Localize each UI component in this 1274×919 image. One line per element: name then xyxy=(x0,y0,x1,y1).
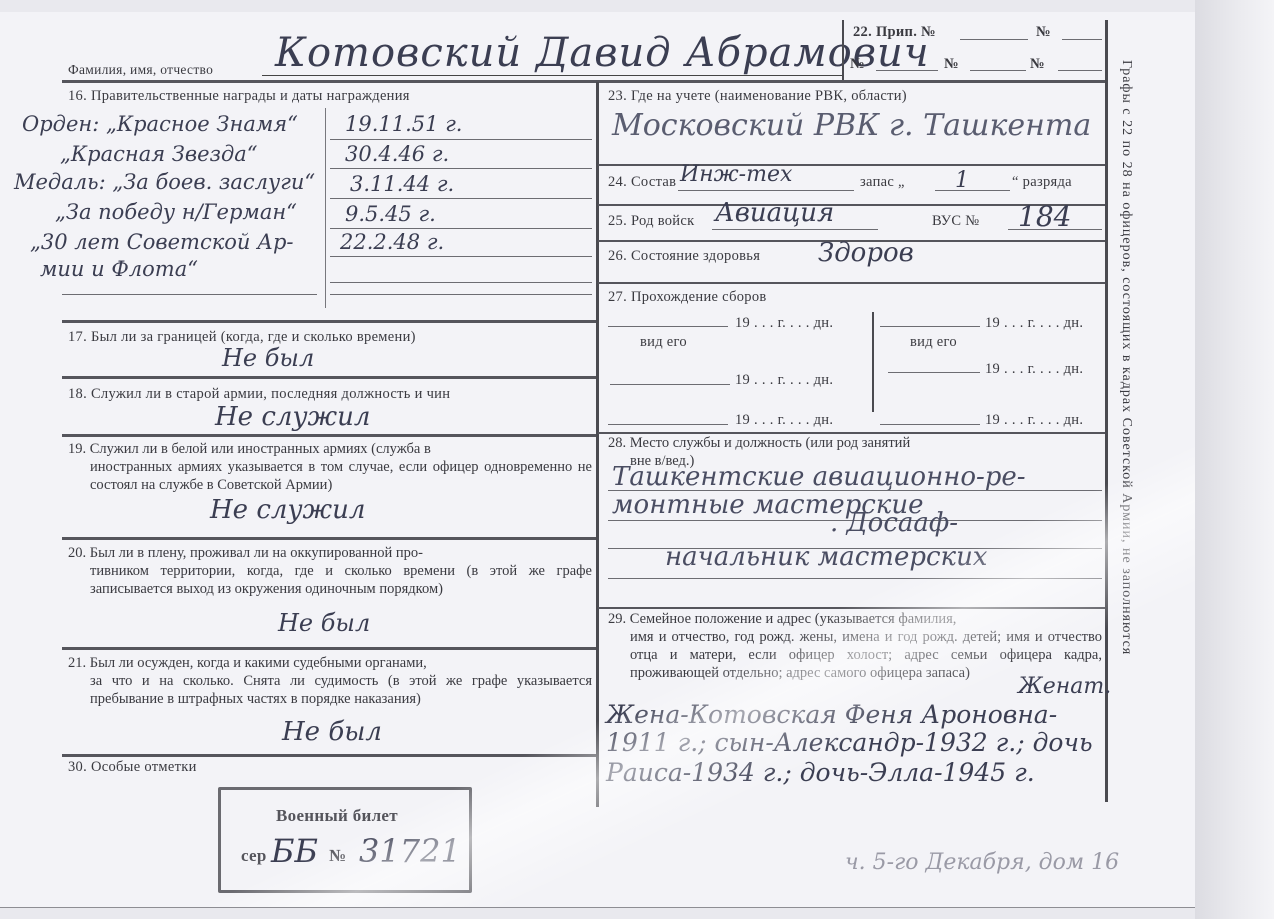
award-line xyxy=(330,198,592,199)
field20-answer: Не был xyxy=(278,609,370,637)
field20-label: 20. Был ли в плену, проживал ли на оккуп… xyxy=(68,544,592,598)
field18-label: 18. Служил ли в старой армии, последняя … xyxy=(68,386,450,403)
field28-line: . Досааф- xyxy=(830,508,958,538)
field19-label: 19. Служил ли в белой или иностранных ар… xyxy=(68,440,592,494)
field20-label-line1: 20. Был ли в плену, проживал ли на оккуп… xyxy=(68,544,592,562)
award-name: Медаль: „За боев. заслуги“ xyxy=(14,170,315,194)
field27-date: 19 . . . г. . . . дн. xyxy=(985,361,1083,378)
section-rule xyxy=(62,434,596,437)
field18-answer: Не служил xyxy=(215,402,370,432)
stamp-no-label: № xyxy=(329,846,346,866)
field27-date: 19 . . . г. . . . дн. xyxy=(735,372,833,389)
award-line xyxy=(330,282,592,283)
field26-label: 26. Состояние здоровья xyxy=(608,248,760,265)
field25-vus-label: ВУС № xyxy=(932,213,979,230)
header-divider xyxy=(842,20,844,80)
field23-answer: Московский РВК г. Ташкента xyxy=(612,108,1091,143)
field22-blank xyxy=(960,39,1028,40)
field22-no: № xyxy=(850,56,865,73)
field19-label-rest: иностранных армиях указывается в том слу… xyxy=(68,458,592,494)
field25-value: Авиация xyxy=(715,198,834,228)
field20-label-rest: тивником территории, когда, где и скольк… xyxy=(68,562,592,598)
name-label: Фамилия, имя, отчество xyxy=(68,62,213,78)
award-line xyxy=(330,256,592,257)
name-value: Котовский Давид Абрамович xyxy=(275,30,930,76)
field22-no: № xyxy=(1030,56,1045,73)
field23-label: 23. Где на учете (наименование РВК, обла… xyxy=(608,88,907,105)
name-underline xyxy=(262,75,842,76)
military-card-sheet: Фамилия, имя, отчество Котовский Давид А… xyxy=(0,12,1195,908)
section-rule xyxy=(598,164,1105,166)
award-name: Орден: „Красное Знамя“ xyxy=(22,112,298,136)
field17-answer: Не был xyxy=(222,344,314,372)
section-rule xyxy=(62,754,596,757)
field27-blank xyxy=(888,372,980,373)
field27-date: 19 . . . г. . . . дн. xyxy=(985,412,1083,429)
bottom-note: ч. 5-го Декабря, дом 16 xyxy=(845,850,1119,875)
award-name: „За победу н/Герман“ xyxy=(55,200,297,224)
field19-answer: Не служил xyxy=(210,495,365,525)
award-date: 22.2.48 г. xyxy=(340,230,444,254)
stamp-series-label: сер xyxy=(241,846,267,866)
field22-blank xyxy=(1058,70,1102,71)
field27-blank xyxy=(880,424,980,425)
military-id-stamp: Военный билет сер ББ № 31721 xyxy=(218,787,472,893)
field24-reserve-underline xyxy=(935,190,1010,191)
field28-rule xyxy=(608,578,1102,579)
field29-line: 1911 г.; сын-Александр-1932 г.; дочь xyxy=(606,728,1093,757)
section-rule xyxy=(598,607,1105,609)
column-divider xyxy=(596,82,599,807)
field29-line: Жена-Котовская Феня Ароновна- xyxy=(606,700,1057,729)
award-name: мии и Флота“ xyxy=(40,257,198,281)
field29-label-line1: 29. Семейное положение и адрес (указывае… xyxy=(608,610,1102,628)
field21-label-line1: 21. Был ли осужден, когда и какими судеб… xyxy=(68,654,592,672)
field22-no: № xyxy=(1036,24,1051,41)
stamp-no-value: 31721 xyxy=(359,832,461,870)
field19-label-line1: 19. Служил ли в белой или иностранных ар… xyxy=(68,440,592,458)
field22-no: № xyxy=(944,56,959,73)
field22-blank xyxy=(1062,39,1102,40)
field21-label-rest: за что и на сколько. Снята ли судимость … xyxy=(68,672,592,708)
field24-reserve-label: запас „ xyxy=(860,174,905,191)
field28-label-line1: 28. Место службы и должность (или род за… xyxy=(608,434,1102,452)
field27-blank xyxy=(610,384,730,385)
field27-kind-label: вид его xyxy=(640,334,687,351)
field27-blank xyxy=(608,424,728,425)
section-rule xyxy=(598,282,1105,284)
field27-blank xyxy=(880,326,980,327)
award-date: 3.11.44 г. xyxy=(350,172,454,196)
scan-margin xyxy=(1195,0,1274,919)
field27-date: 19 . . . г. . . . дн. xyxy=(735,412,833,429)
field27-date: 19 . . . г. . . . дн. xyxy=(985,315,1083,332)
section-rule xyxy=(62,320,596,323)
stamp-series-value: ББ xyxy=(271,832,318,870)
field27-label: 27. Прохождение сборов xyxy=(608,289,767,306)
field25-vus-underline xyxy=(1008,229,1102,230)
field27-kind-label: вид его xyxy=(910,334,957,351)
header-bottom-rule xyxy=(62,80,1107,83)
award-name: „30 лет Советской Ар- xyxy=(30,230,294,254)
award-line xyxy=(330,168,592,169)
section-rule xyxy=(62,376,596,379)
award-line xyxy=(330,294,592,295)
side-note: Графы с 22 по 28 на офицеров, состоящих … xyxy=(1118,60,1134,655)
section-rule xyxy=(62,537,596,540)
award-line xyxy=(330,139,592,140)
field27-date: 19 . . . г. . . . дн. xyxy=(735,315,833,332)
award-line xyxy=(330,228,592,229)
field24-class-label: “ разряда xyxy=(1012,174,1072,191)
field27-blank xyxy=(608,326,728,327)
stamp-title: Военный билет xyxy=(276,806,398,826)
field29-line: Раиса-1934 г.; дочь-Элла-1945 г. xyxy=(606,758,1035,787)
award-date: 9.5.45 г. xyxy=(345,202,436,226)
field26-answer: Здоров xyxy=(818,238,914,268)
field22-label: 22. Прип. № xyxy=(853,24,936,41)
field28-line: начальник мастерских xyxy=(665,542,987,572)
field24-underline xyxy=(678,190,854,191)
award-date: 19.11.51 г. xyxy=(345,112,462,136)
field25-underline xyxy=(712,229,878,230)
field21-answer: Не был xyxy=(282,717,382,747)
field22-blank xyxy=(970,70,1026,71)
field16-label: 16. Правительственные награды и даты наг… xyxy=(68,88,410,105)
field22-blank xyxy=(876,70,938,71)
field24-label: 24. Состав xyxy=(608,174,676,191)
field24-value: Инж-тех xyxy=(680,162,792,187)
field25-label: 25. Род войск xyxy=(608,213,694,230)
field21-label: 21. Был ли осужден, когда и какими судеб… xyxy=(68,654,592,708)
field28-line: Ташкентские авиационно-ре- xyxy=(612,462,1026,492)
award-name: „Красная Звезда“ xyxy=(60,142,258,166)
field29-label: 29. Семейное положение и адрес (указывае… xyxy=(608,610,1102,682)
section-rule xyxy=(62,647,596,650)
field29-inline: Женат. xyxy=(1018,674,1111,699)
field30-label: 30. Особые отметки xyxy=(68,759,197,776)
field27-divider xyxy=(872,312,874,412)
award-date: 30.4.46 г. xyxy=(345,142,449,166)
award-line xyxy=(62,294,317,295)
awards-divider xyxy=(325,108,326,308)
